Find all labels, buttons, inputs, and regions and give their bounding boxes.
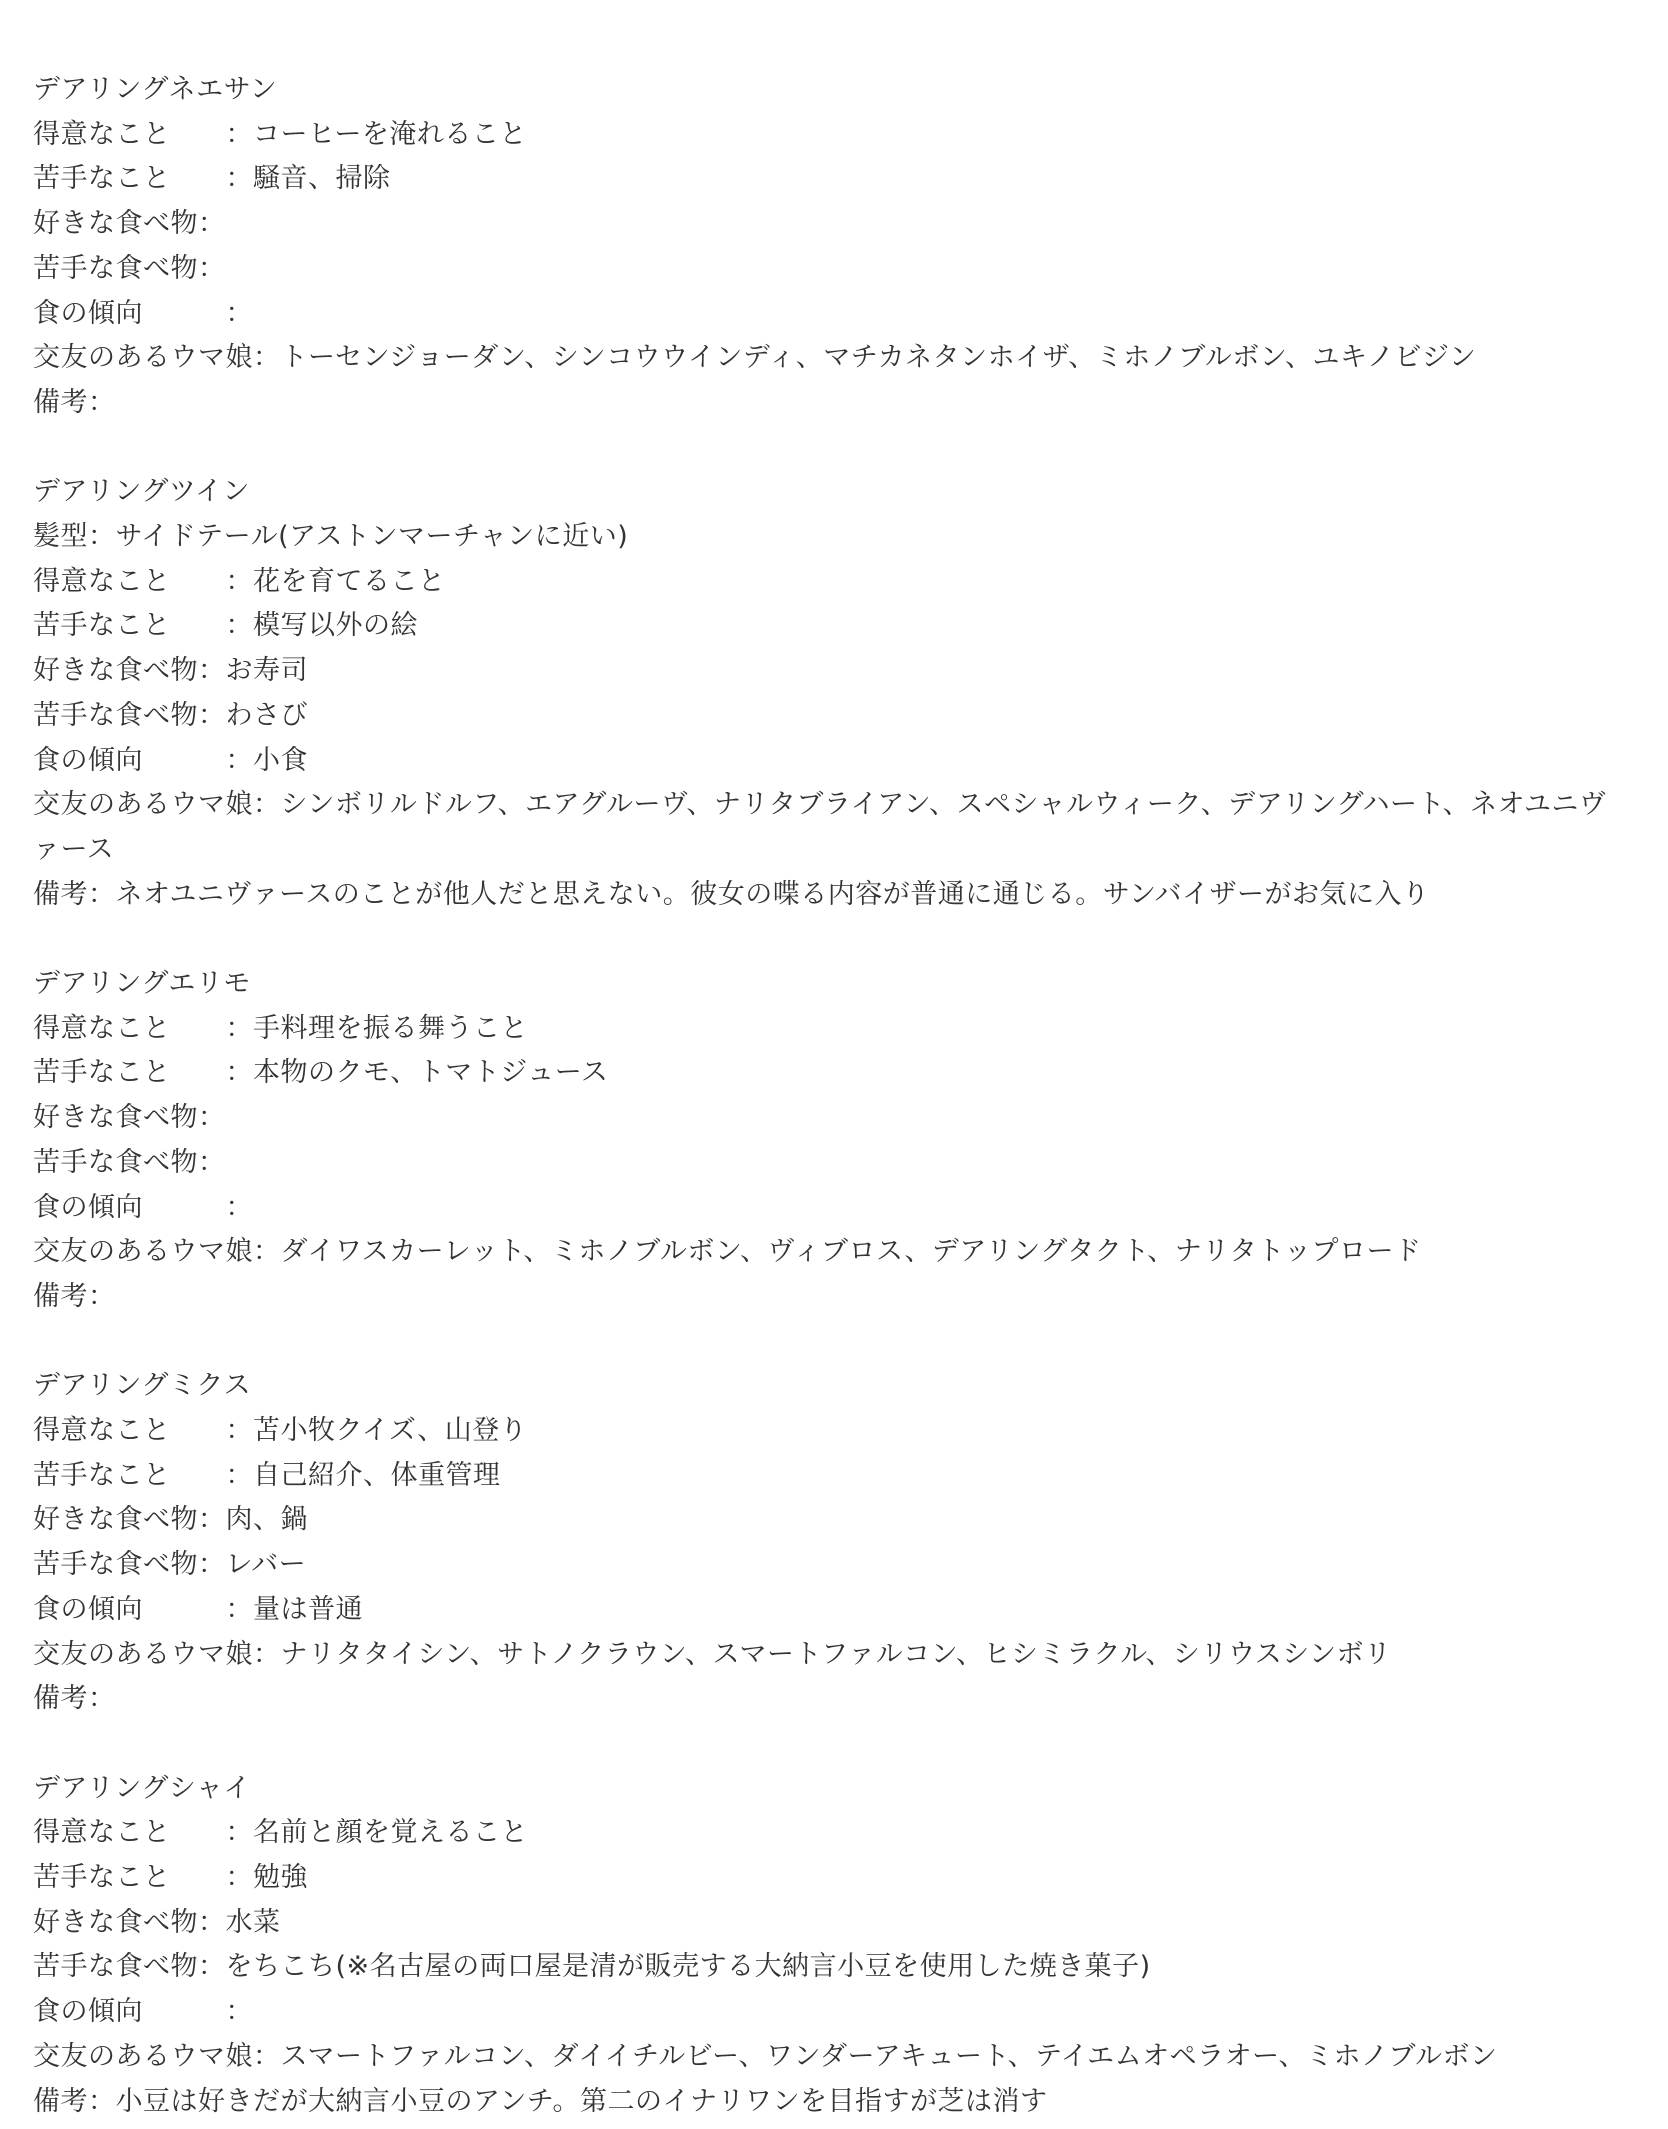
profile-row-skill: 得意なこと ：コーヒーを淹れること	[33, 113, 1633, 158]
profile-row-friends: 交友のあるウマ娘：トーセンジョーダン、シンコウウインディ、マチカネタンホイザ、ミ…	[33, 336, 1633, 381]
row-label: 食の傾向	[33, 298, 226, 329]
row-value: ：水菜	[198, 1907, 281, 1938]
row-label: 食の傾向	[33, 1192, 226, 1223]
row-value: ：わさび	[198, 700, 308, 731]
profile-row-friends: 交友のあるウマ娘：スマートファルコン、ダイイチルビー、ワンダーアキュート、テイエ…	[33, 2035, 1633, 2080]
row-value: ：模写以外の絵	[226, 610, 419, 641]
row-label: 食の傾向	[33, 1594, 226, 1625]
row-label: 苦手なこと	[33, 1862, 226, 1893]
row-value: ：シンボリルドルフ、エアグルーヴ、ナリタブライアン、スペシャルウィーク、デアリン…	[33, 789, 1607, 865]
row-label: 苦手な食べ物	[33, 253, 198, 284]
profile-block: デアリングエリモ 得意なこと ：手料理を振る舞うこと 苦手なこと ：本物のクモ、…	[33, 962, 1633, 1320]
profile-row-favorite-food: 好きな食べ物：お寿司	[33, 649, 1633, 694]
profile-row-weakness: 苦手なこと ：騒音、掃除	[33, 157, 1633, 202]
blank-line	[33, 917, 1633, 962]
row-label: 苦手なこと	[33, 163, 226, 194]
profile-row-hairstyle: 髪型：サイドテール(アストンマーチャンに近い)	[33, 515, 1633, 560]
row-label: 苦手な食べ物	[33, 1549, 198, 1580]
row-value: ：手料理を振る舞うこと	[226, 1013, 529, 1044]
profile-row-friends: 交友のあるウマ娘：ダイワスカーレット、ミホノブルボン、ヴィブロス、デアリングタク…	[33, 1230, 1633, 1275]
profile-row-friends: 交友のあるウマ娘：ナリタタイシン、サトノクラウン、スマートファルコン、ヒシミラク…	[33, 1633, 1633, 1678]
row-value: ：	[88, 1281, 116, 1312]
row-value: ：騒音、掃除	[226, 163, 391, 194]
profile-name: デアリングツイン	[33, 470, 1633, 515]
profile-row-notes: 備考：	[33, 1275, 1633, 1320]
profile-row-eating-tendency: 食の傾向 ：	[33, 1990, 1633, 2035]
profile-row-disliked-food: 苦手な食べ物：	[33, 247, 1633, 292]
profile-row-weakness: 苦手なこと ：自己紹介、体重管理	[33, 1454, 1633, 1499]
row-label: 得意なこと	[33, 1415, 226, 1446]
row-value: ：量は普通	[226, 1594, 364, 1625]
blank-line	[33, 1320, 1633, 1365]
row-value: ：レバー	[198, 1549, 306, 1580]
document-body: デアリングネエサン 得意なこと ：コーヒーを淹れること 苦手なこと ：騒音、掃除…	[33, 68, 1633, 2124]
row-label: 得意なこと	[33, 1013, 226, 1044]
profile-row-skill: 得意なこと ：花を育てること	[33, 560, 1633, 605]
profile-row-notes: 備考：	[33, 1677, 1633, 1722]
row-label: 好きな食べ物	[33, 1504, 198, 1535]
profile-row-favorite-food: 好きな食べ物：肉、鍋	[33, 1498, 1633, 1543]
row-label: 備考	[33, 879, 88, 910]
row-value: ：トーセンジョーダン、シンコウウインディ、マチカネタンホイザ、ミホノブルボン、ユ…	[253, 342, 1476, 373]
row-label: 苦手な食べ物	[33, 700, 198, 731]
profile-row-eating-tendency: 食の傾向 ：量は普通	[33, 1588, 1633, 1633]
profile-row-disliked-food: 苦手な食べ物：	[33, 1141, 1633, 1186]
profile-row-disliked-food: 苦手な食べ物：レバー	[33, 1543, 1633, 1588]
row-value: ：小食	[226, 745, 309, 776]
blank-line	[33, 426, 1633, 471]
profile-row-notes: 備考：小豆は好きだが大納言小豆のアンチ。第二のイナリワンを目指すが芝は消す	[33, 2080, 1633, 2125]
row-label: 交友のあるウマ娘	[33, 1639, 253, 1670]
profile-name: デアリングネエサン	[33, 68, 1633, 113]
row-label: 得意なこと	[33, 119, 226, 150]
row-value: ：スマートファルコン、ダイイチルビー、ワンダーアキュート、テイエムオペラオー、ミ…	[253, 2041, 1497, 2072]
profile-row-disliked-food: 苦手な食べ物：わさび	[33, 694, 1633, 739]
row-value: ：サイドテール(アストンマーチャンに近い)	[88, 521, 628, 552]
row-value: ：	[198, 253, 226, 284]
row-label: 食の傾向	[33, 745, 226, 776]
profile-row-skill: 得意なこと ：苫小牧クイズ、山登り	[33, 1409, 1633, 1454]
row-label: 交友のあるウマ娘	[33, 1236, 253, 1267]
profile-row-eating-tendency: 食の傾向 ：	[33, 292, 1633, 337]
row-label: 好きな食べ物	[33, 655, 198, 686]
row-label: 備考	[33, 1683, 88, 1714]
row-value: ：	[226, 298, 254, 329]
profile-block: デアリングミクス 得意なこと ：苫小牧クイズ、山登り 苦手なこと ：自己紹介、体…	[33, 1364, 1633, 1722]
row-value: ：	[226, 1996, 254, 2027]
row-value: ：をちこち(※名古屋の両口屋是清が販売する大納言小豆を使用した焼き菓子)	[198, 1951, 1151, 1982]
row-value: ：コーヒーを淹れること	[226, 119, 527, 150]
row-label: 好きな食べ物	[33, 1102, 198, 1133]
profile-block: デアリングシャイ 得意なこと ：名前と顔を覚えること 苦手なこと ：勉強 好きな…	[33, 1767, 1633, 2125]
profile-row-favorite-food: 好きな食べ物：	[33, 202, 1633, 247]
row-value: ：勉強	[226, 1862, 309, 1893]
profile-row-weakness: 苦手なこと ：模写以外の絵	[33, 604, 1633, 649]
row-value: ：小豆は好きだが大納言小豆のアンチ。第二のイナリワンを目指すが芝は消す	[88, 2086, 1048, 2117]
row-label: 好きな食べ物	[33, 208, 198, 239]
row-label: 得意なこと	[33, 1817, 226, 1848]
profile-name: デアリングシャイ	[33, 1767, 1633, 1812]
row-value: ：	[226, 1192, 254, 1223]
profile-row-weakness: 苦手なこと ：本物のクモ、トマトジュース	[33, 1051, 1633, 1096]
profile-name: デアリングミクス	[33, 1364, 1633, 1409]
row-value: ：ダイワスカーレット、ミホノブルボン、ヴィブロス、デアリングタクト、ナリタトップ…	[253, 1236, 1421, 1267]
row-label: 苦手なこと	[33, 610, 226, 641]
profile-row-eating-tendency: 食の傾向 ：小食	[33, 739, 1633, 784]
row-label: 交友のあるウマ娘	[33, 342, 253, 373]
profile-row-weakness: 苦手なこと ：勉強	[33, 1856, 1633, 1901]
row-label: 得意なこと	[33, 566, 226, 597]
row-value: ：本物のクモ、トマトジュース	[226, 1057, 609, 1088]
row-value: ：	[198, 1147, 226, 1178]
row-label: 苦手なこと	[33, 1460, 226, 1491]
profile-row-notes: 備考：ネオユニヴァースのことが他人だと思えない。彼女の喋る内容が普通に通じる。サ…	[33, 873, 1633, 918]
row-label: 好きな食べ物	[33, 1907, 198, 1938]
row-label: 苦手な食べ物	[33, 1951, 198, 1982]
profile-row-eating-tendency: 食の傾向 ：	[33, 1186, 1633, 1231]
row-value: ：名前と顔を覚えること	[226, 1817, 529, 1848]
row-label: 備考	[33, 1281, 88, 1312]
row-value: ：肉、鍋	[198, 1504, 308, 1535]
row-value: ：ナリタタイシン、サトノクラウン、スマートファルコン、ヒシミラクル、シリウスシン…	[253, 1639, 1392, 1670]
profile-row-friends: 交友のあるウマ娘：シンボリルドルフ、エアグルーヴ、ナリタブライアン、スペシャルウ…	[33, 783, 1633, 872]
row-label: 交友のあるウマ娘	[33, 789, 253, 820]
profile-row-favorite-food: 好きな食べ物：水菜	[33, 1901, 1633, 1946]
row-value: ：	[88, 387, 116, 418]
row-value: ：	[198, 1102, 226, 1133]
row-value: ：苫小牧クイズ、山登り	[226, 1415, 528, 1446]
profile-row-skill: 得意なこと ：手料理を振る舞うこと	[33, 1007, 1633, 1052]
row-value: ：花を育てること	[226, 566, 446, 597]
row-label: 苦手なこと	[33, 1057, 226, 1088]
row-value: ：自己紹介、体重管理	[226, 1460, 501, 1491]
profile-row-notes: 備考：	[33, 381, 1633, 426]
profile-row-disliked-food: 苦手な食べ物：をちこち(※名古屋の両口屋是清が販売する大納言小豆を使用した焼き菓…	[33, 1945, 1633, 1990]
profile-block: デアリングツイン 髪型：サイドテール(アストンマーチャンに近い) 得意なこと ：…	[33, 470, 1633, 917]
profile-row-skill: 得意なこと ：名前と顔を覚えること	[33, 1811, 1633, 1856]
row-value: ：お寿司	[198, 655, 308, 686]
row-value: ：ネオユニヴァースのことが他人だと思えない。彼女の喋る内容が普通に通じる。サンバ…	[88, 879, 1430, 910]
row-label: 食の傾向	[33, 1996, 226, 2027]
blank-line	[33, 1722, 1633, 1767]
row-label: 備考	[33, 387, 88, 418]
row-label: 備考	[33, 2086, 88, 2117]
profile-name: デアリングエリモ	[33, 962, 1633, 1007]
row-label: 苦手な食べ物	[33, 1147, 198, 1178]
profile-block: デアリングネエサン 得意なこと ：コーヒーを淹れること 苦手なこと ：騒音、掃除…	[33, 68, 1633, 426]
profile-row-favorite-food: 好きな食べ物：	[33, 1096, 1633, 1141]
row-label: 髪型	[33, 521, 88, 552]
row-value: ：	[88, 1683, 116, 1714]
row-value: ：	[198, 208, 226, 239]
row-label: 交友のあるウマ娘	[33, 2041, 253, 2072]
